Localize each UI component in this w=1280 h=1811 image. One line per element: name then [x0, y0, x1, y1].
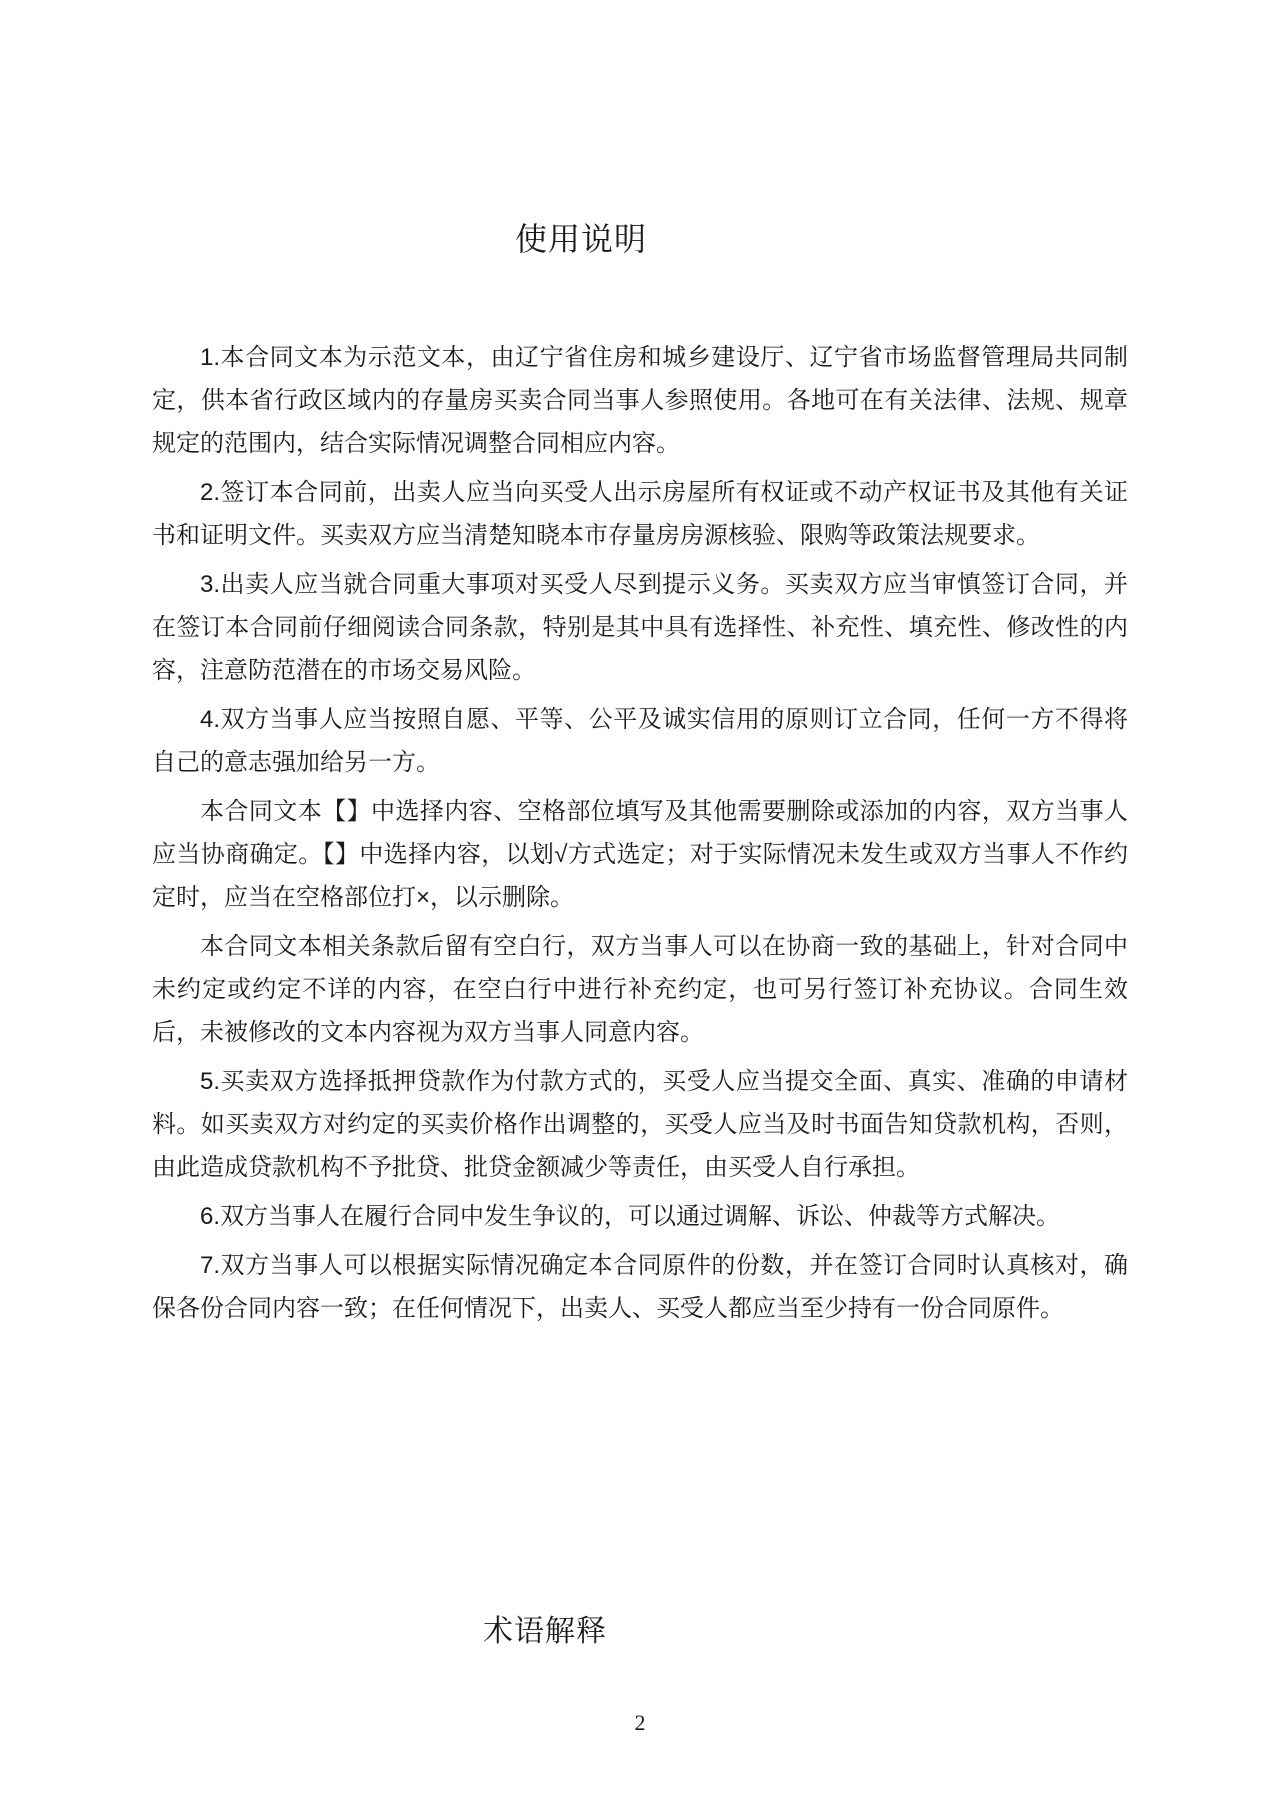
paragraph: 本合同文本【】中选择内容、空格部位填写及其他需要删除或添加的内容，双方当事人应当… [152, 790, 1128, 919]
paragraph: 3.出卖人应当就合同重大事项对买受人尽到提示义务。买卖双方应当审慎签订合同，并在… [152, 563, 1128, 692]
page-number: 2 [0, 1710, 1280, 1736]
paragraph: 本合同文本相关条款后留有空白行，双方当事人可以在协商一致的基础上，针对合同中未约… [152, 925, 1128, 1054]
paragraph: 6.双方当事人在履行合同中发生争议的，可以通过调解、诉讼、仲裁等方式解决。 [152, 1195, 1128, 1238]
paragraph: 7.双方当事人可以根据实际情况确定本合同原件的份数，并在签订合同时认真核对，确保… [152, 1244, 1128, 1330]
paragraph: 2.签订本合同前，出卖人应当向买受人出示房屋所有权证或不动产权证书及其他有关证书… [152, 471, 1128, 557]
page-title: 使用说明 [0, 214, 1221, 260]
section-heading: 术语解释 [0, 1606, 1185, 1650]
instructions-body: 1.本合同文本为示范文本，由辽宁省住房和城乡建设厅、辽宁省市场监督管理局共同制定… [152, 336, 1128, 1330]
paragraph: 5.买卖双方选择抵押贷款作为付款方式的，买受人应当提交全面、真实、准确的申请材料… [152, 1060, 1128, 1189]
document-page: 使用说明 1.本合同文本为示范文本，由辽宁省住房和城乡建设厅、辽宁省市场监督管理… [0, 0, 1280, 1811]
paragraph: 1.本合同文本为示范文本，由辽宁省住房和城乡建设厅、辽宁省市场监督管理局共同制定… [152, 336, 1128, 465]
paragraph: 4.双方当事人应当按照自愿、平等、公平及诚实信用的原则订立合同，任何一方不得将自… [152, 698, 1128, 784]
